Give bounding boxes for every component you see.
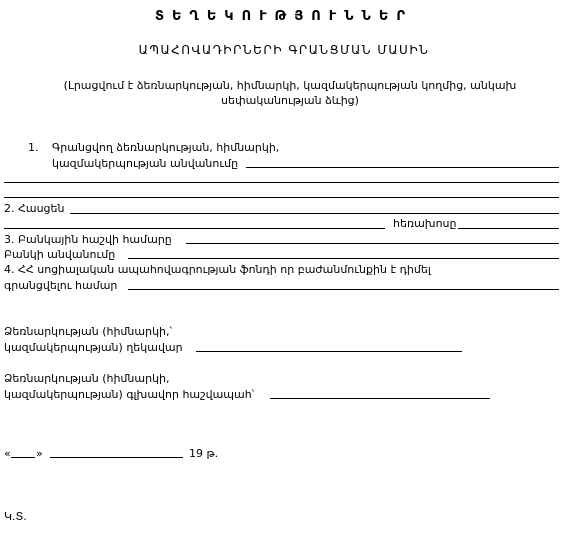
head-label-line2: կազմակերպության) ղեկավար [4, 341, 183, 354]
date-close-quote: » [36, 447, 43, 460]
item4-label-line1: 4. ՀՀ սոցիալական ապահովագրության ֆոնդի ո… [4, 263, 431, 276]
organization-name-field-cont-1[interactable] [4, 182, 559, 183]
item3-account-label: 3. Բանկային հաշվի համարը [4, 233, 172, 246]
organization-name-field[interactable] [246, 167, 559, 168]
item1-label-line2: կազմակերպության անվանումը [52, 157, 238, 170]
document-title: ՏԵՂԵԿՈՒԹՅՈՒՆՆԵՐ [0, 9, 568, 24]
social-fund-branch-field[interactable] [128, 289, 559, 290]
bank-account-field[interactable] [186, 243, 559, 244]
head-signature-field[interactable] [196, 351, 462, 352]
accountant-label-line2: կազմակերպության) գլխավոր հաշվապահ՝ [4, 388, 254, 401]
item2-label: 2. Հասցեն [4, 202, 64, 215]
stamp-label: Կ.Տ. [4, 510, 27, 523]
accountant-label-line1: Ձեռնարկության (հիմնարկի, [4, 372, 170, 385]
item4-label-line2: գրանցվելու համար [4, 279, 117, 292]
date-day-field[interactable] [11, 457, 35, 458]
date-open-quote: « [4, 447, 11, 460]
accountant-signature-field[interactable] [270, 398, 490, 399]
address-field-cont[interactable] [4, 228, 385, 229]
date-month-field[interactable] [50, 457, 183, 458]
organization-name-field-cont-2[interactable] [4, 197, 559, 198]
address-field[interactable] [70, 213, 559, 214]
head-label-line1: Ձեռնարկության (հիմնարկի,՝ [4, 325, 172, 338]
item1-number: 1. [28, 141, 39, 154]
date-year-suffix: 19 թ. [189, 447, 218, 460]
item1-label-line1: Գրանցվող ձեռնարկության, հիմնարկի, [52, 141, 279, 154]
item3-bank-label: Բանկի անվանումը [4, 248, 115, 261]
document-subtitle: ԱՊԱՀՈՎԱԴԻՐՆԵՐԻ ԳՐԱՆՑՄԱՆ ՄԱՍԻՆ [0, 43, 568, 57]
bank-name-field[interactable] [128, 258, 559, 259]
phone-field[interactable] [458, 228, 559, 229]
document-note: (Լրացվում է ձեռնարկության, հիմնարկի, կազ… [40, 78, 540, 108]
phone-label: հեռախոսը [393, 217, 457, 230]
